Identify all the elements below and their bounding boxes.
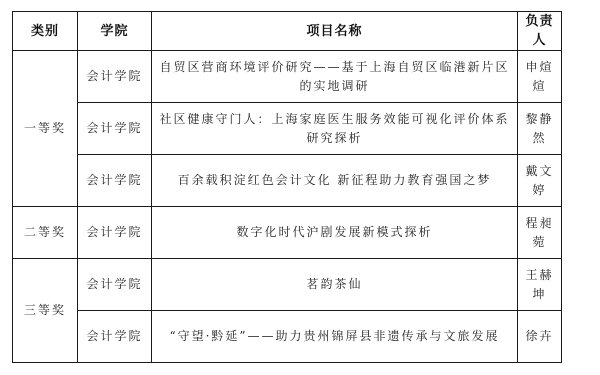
college-cell: 会计学院 <box>78 259 152 311</box>
college-cell: 会计学院 <box>78 207 152 259</box>
college-cell: 会计学院 <box>78 103 152 155</box>
leader-cell: 程昶菀 <box>518 207 562 259</box>
leader-cell: 申煊煊 <box>518 51 562 103</box>
table-row: 三等奖 会计学院 茗韵茶仙 王赫坤 <box>13 259 562 311</box>
awards-table: 类别 学院 项目名称 负责人 一等奖 会计学院 自贸区营商环境评价研究——基于上… <box>12 11 562 363</box>
table-header-row: 类别 学院 项目名称 负责人 <box>13 12 562 51</box>
leader-cell: 徐卉 <box>518 311 562 363</box>
college-cell: 会计学院 <box>78 155 152 207</box>
header-project: 项目名称 <box>152 12 518 51</box>
category-cell: 一等奖 <box>13 51 78 207</box>
category-cell: 三等奖 <box>13 259 78 363</box>
header-category: 类别 <box>13 12 78 51</box>
table-row: 会计学院 “守望·黔延”——助力贵州锦屏县非遗传承与文旅发展 徐卉 <box>13 311 562 363</box>
project-cell: “守望·黔延”——助力贵州锦屏县非遗传承与文旅发展 <box>152 311 518 363</box>
category-cell: 二等奖 <box>13 207 78 259</box>
table-row: 二等奖 会计学院 数字化时代沪剧发展新模式探析 程昶菀 <box>13 207 562 259</box>
project-cell: 茗韵茶仙 <box>152 259 518 311</box>
leader-cell: 黎静然 <box>518 103 562 155</box>
project-cell: 数字化时代沪剧发展新模式探析 <box>152 207 518 259</box>
project-cell: 自贸区营商环境评价研究——基于上海自贸区临港新片区的实地调研 <box>152 51 518 103</box>
table-row: 一等奖 会计学院 自贸区营商环境评价研究——基于上海自贸区临港新片区的实地调研 … <box>13 51 562 103</box>
college-cell: 会计学院 <box>78 311 152 363</box>
table-row: 会计学院 社区健康守门人：上海家庭医生服务效能可视化评价体系研究探析 黎静然 <box>13 103 562 155</box>
project-cell: 社区健康守门人：上海家庭医生服务效能可视化评价体系研究探析 <box>152 103 518 155</box>
college-cell: 会计学院 <box>78 51 152 103</box>
leader-cell: 王赫坤 <box>518 259 562 311</box>
header-leader: 负责人 <box>518 12 562 51</box>
table-row: 会计学院 百余载积淀红色会计文化 新征程助力教育强国之梦 戴文婷 <box>13 155 562 207</box>
header-college: 学院 <box>78 12 152 51</box>
leader-cell: 戴文婷 <box>518 155 562 207</box>
project-cell: 百余载积淀红色会计文化 新征程助力教育强国之梦 <box>152 155 518 207</box>
